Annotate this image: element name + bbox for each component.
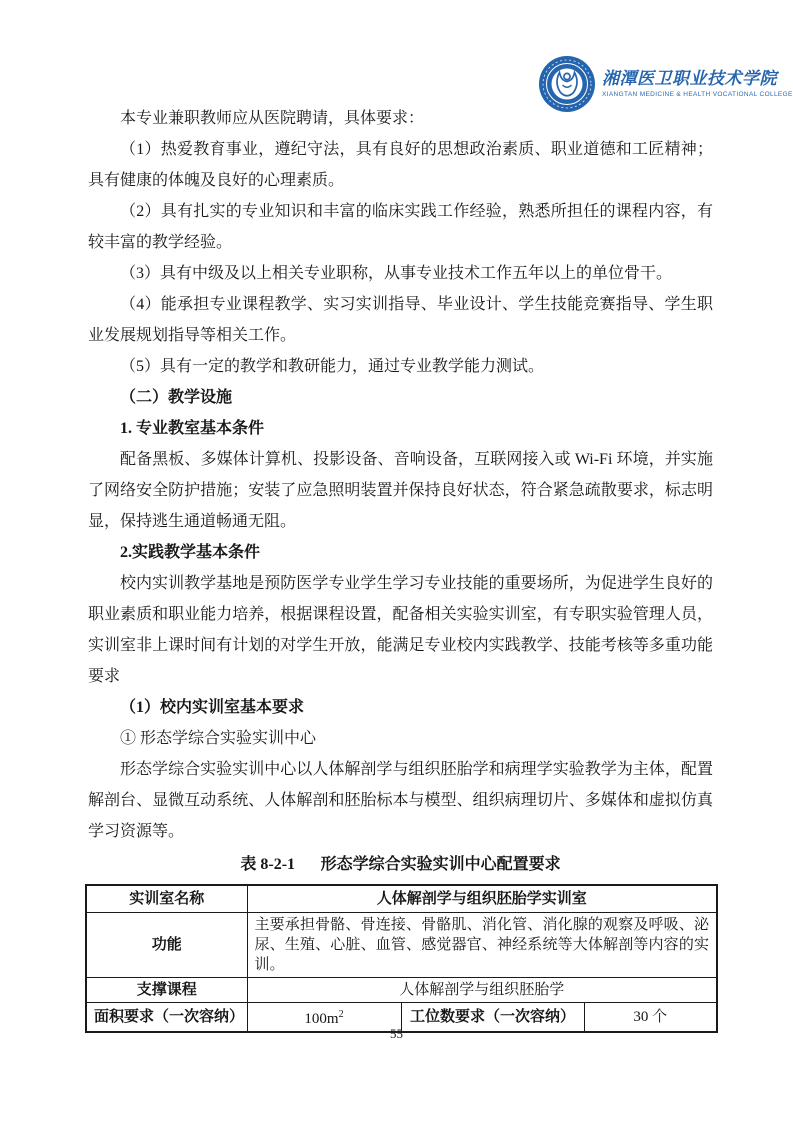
college-name-block: 湘潭医卫职业技术学院 XIANGTAN MEDICINE & HEALTH VO… xyxy=(602,55,793,98)
cell-function-value: 主要承担骨骼、骨连接、骨骼肌、消化管、消化腺的观察及呼吸、泌尿、生殖、心脏、血管… xyxy=(247,912,717,977)
para-intro: 本专业兼职教师应从医院聘请，具体要求： xyxy=(88,103,713,134)
cell-room-name-value: 人体解剖学与组织胚胎学实训室 xyxy=(247,885,717,912)
college-name-zh: 湘潭医卫职业技术学院 xyxy=(602,64,793,89)
table-caption-title: 形态学综合实验实训中心配置要求 xyxy=(321,856,561,873)
page-number: 55 xyxy=(0,1026,793,1042)
para-morphology-center: ① 形态学综合实验实训中心 xyxy=(88,723,713,754)
lab-spec-table: 实训室名称 人体解剖学与组织胚胎学实训室 功能 主要承担骨骼、骨连接、骨骼肌、消… xyxy=(85,884,718,1033)
para-requirement-5: （5）具有一定的教学和教研能力，通过专业教学能力测试。 xyxy=(88,351,713,382)
para-requirement-1: （1）热爱教育事业，遵纪守法，具有良好的思想政治素质、职业道德和工匠精神；具有健… xyxy=(88,134,713,196)
college-name-en: XIANGTAN MEDICINE & HEALTH VOCATIONAL CO… xyxy=(602,91,793,98)
para-requirement-4: （4）能承担专业课程教学、实习实训指导、毕业设计、学生技能竞赛指导、学生职业发展… xyxy=(88,289,713,351)
area-superscript: 2 xyxy=(339,1009,344,1020)
cell-function-label: 功能 xyxy=(86,912,247,977)
heading-classroom-conditions: 1. 专业教室基本条件 xyxy=(88,413,713,444)
para-classroom-desc: 配备黑板、多媒体计算机、投影设备、音响设备，互联网接入或 Wi-Fi 环境，并实… xyxy=(88,444,713,537)
para-morphology-desc: 形态学综合实验实训中心以人体解剖学与组织胚胎学和病理学实验教学为主体，配置解剖台… xyxy=(88,754,713,847)
heading-teaching-facilities: （二）教学设施 xyxy=(88,382,713,413)
table-caption-label: 表 8-2-1 xyxy=(240,856,295,873)
heading-lab-requirements: （1）校内实训室基本要求 xyxy=(88,692,713,723)
table-caption: 表 8-2-1形态学综合实验实训中心配置要求 xyxy=(88,850,713,880)
para-requirement-3: （3）具有中级及以上相关专业职称，从事专业技术工作五年以上的单位骨干。 xyxy=(88,258,713,289)
table-row: 功能 主要承担骨骼、骨连接、骨骼肌、消化管、消化腺的观察及呼吸、泌尿、生殖、心脏… xyxy=(86,912,717,977)
table-row: 支撑课程 人体解剖学与组织胚胎学 xyxy=(86,977,717,1002)
heading-practice-conditions: 2.实践教学基本条件 xyxy=(88,537,713,568)
cell-courses-value: 人体解剖学与组织胚胎学 xyxy=(247,977,717,1002)
para-requirement-2: （2）具有扎实的专业知识和丰富的临床实践工作经验，熟悉所担任的课程内容，有较丰富… xyxy=(88,196,713,258)
document-page: 湘潭医卫职业技术学院 XIANGTAN MEDICINE & HEALTH VO… xyxy=(0,0,793,1122)
cell-room-name-label: 实训室名称 xyxy=(86,885,247,912)
table-row: 实训室名称 人体解剖学与组织胚胎学实训室 xyxy=(86,885,717,912)
para-practice-desc: 校内实训教学基地是预防医学专业学生学习专业技能的重要场所，为促进学生良好的职业素… xyxy=(88,568,713,692)
document-body: 本专业兼职教师应从医院聘请，具体要求： （1）热爱教育事业，遵纪守法，具有良好的… xyxy=(88,103,713,1033)
cell-courses-label: 支撑课程 xyxy=(86,977,247,1002)
